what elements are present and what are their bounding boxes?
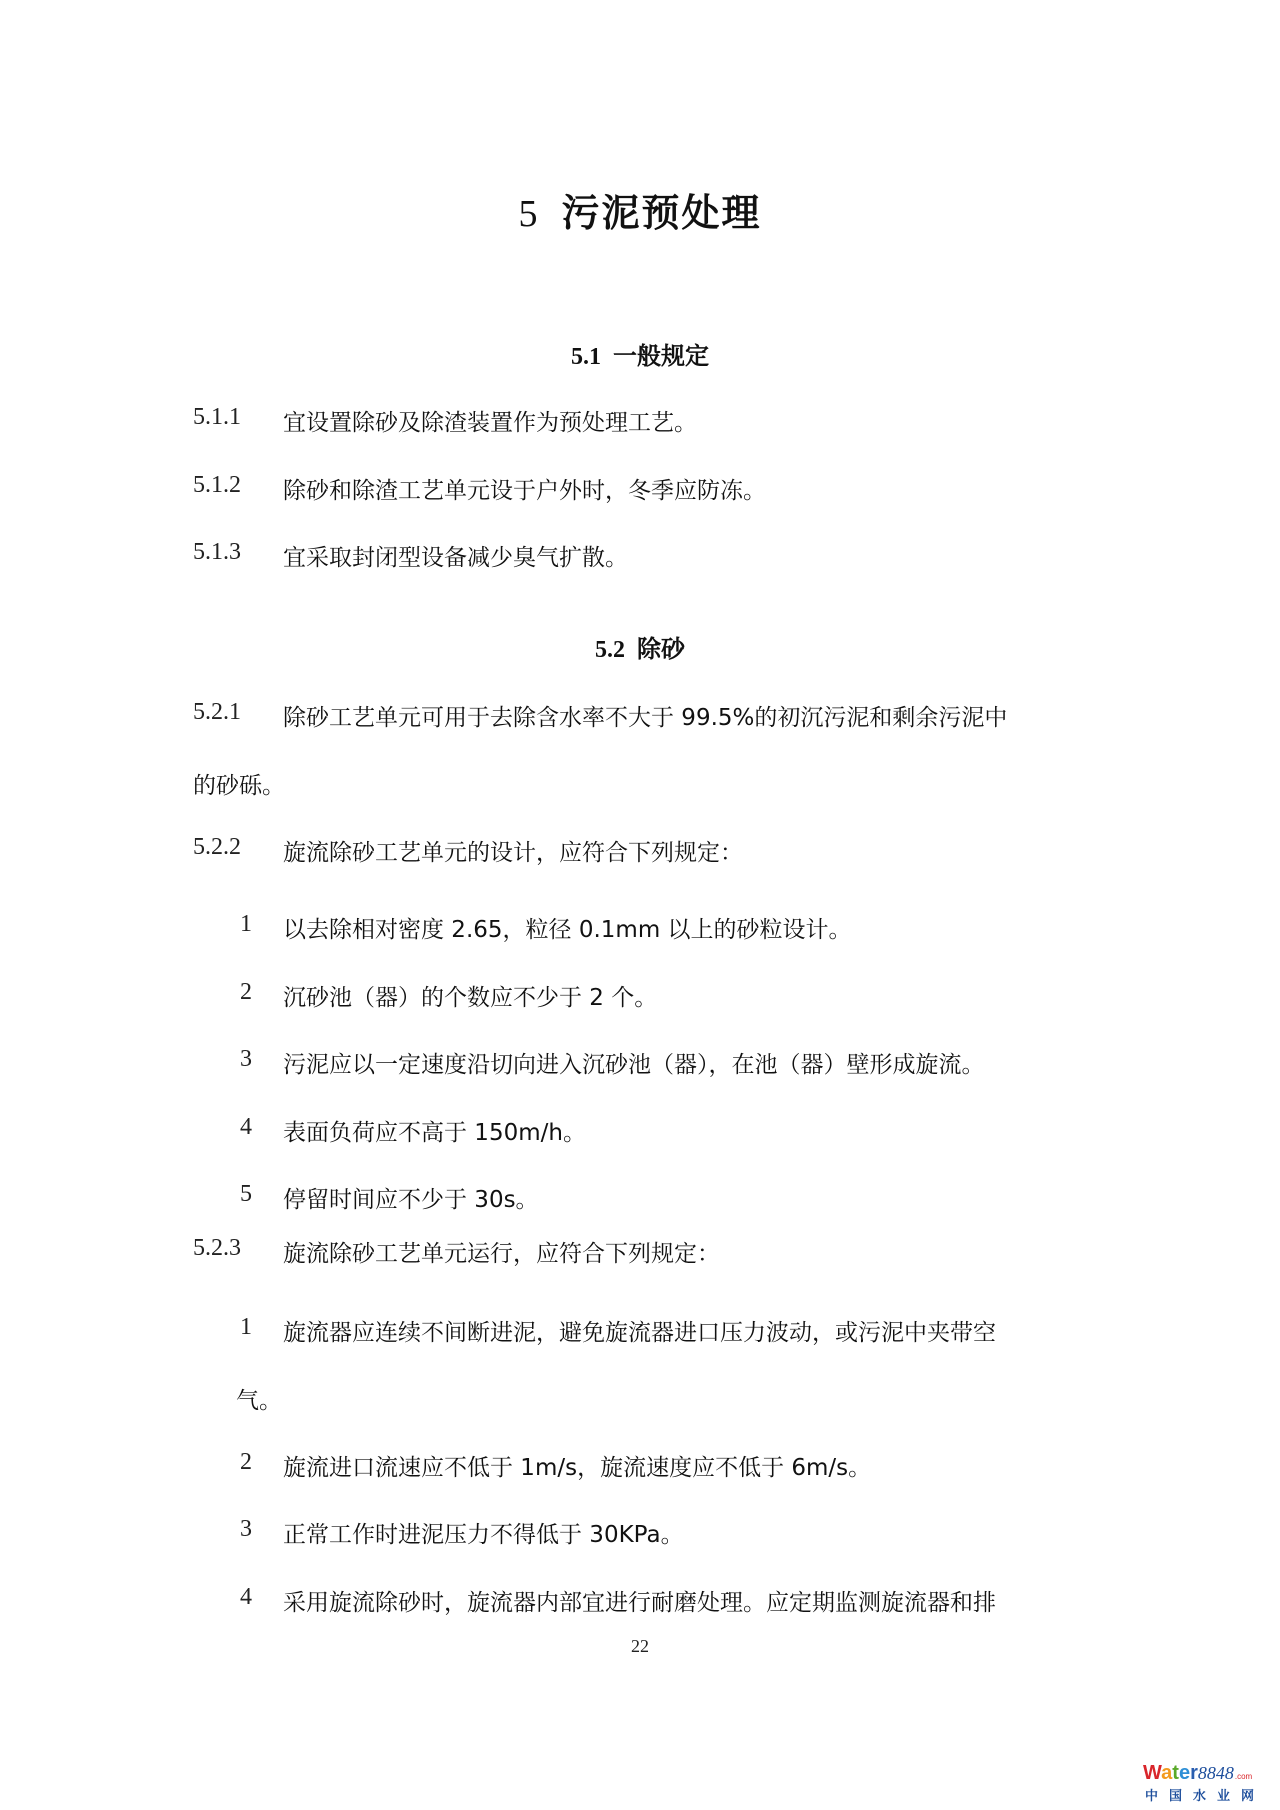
item-text: 停留时间应不少于 30s。 bbox=[283, 1181, 539, 1214]
clause-number-5-1-2: 5.1.2 bbox=[193, 472, 241, 499]
item-text-continuation: 气。 bbox=[236, 1382, 282, 1415]
item-text: 采用旋流除砂时，旋流器内部宜进行耐磨处理。应定期监测旋流器和排 bbox=[283, 1584, 996, 1617]
clause-number-5-2-3: 5.2.3 bbox=[193, 1235, 241, 1262]
brand-letter: r bbox=[1190, 1762, 1198, 1784]
item-number: 1 bbox=[240, 1314, 252, 1341]
clause-text-5-2-1-continuation: 的砂砾。 bbox=[193, 767, 285, 800]
brand-digits: 8848 bbox=[1198, 1763, 1234, 1783]
item-text: 沉砂池（器）的个数应不少于 2 个。 bbox=[283, 979, 657, 1012]
chapter-title: 5污泥预处理 bbox=[0, 182, 1280, 237]
clause-text-5-1-1: 宜设置除砂及除渣装置作为预处理工艺。 bbox=[283, 404, 697, 437]
section-title: 除砂 bbox=[637, 635, 685, 663]
item-text: 表面负荷应不高于 150m/h。 bbox=[283, 1114, 586, 1147]
section-title: 一般规定 bbox=[613, 342, 709, 370]
section-heading-5-1: 5.1一般规定 bbox=[0, 336, 1280, 371]
clause-text-5-2-3: 旋流除砂工艺单元运行，应符合下列规定： bbox=[283, 1235, 720, 1268]
brand-letter: t bbox=[1172, 1762, 1179, 1784]
item-text: 污泥应以一定速度沿切向进入沉砂池（器），在池（器）壁形成旋流。 bbox=[283, 1046, 985, 1079]
section-heading-5-2: 5.2除砂 bbox=[0, 629, 1280, 664]
item-text: 旋流进口流速应不低于 1m/s，旋流速度应不低于 6m/s。 bbox=[283, 1449, 871, 1482]
item-text: 旋流器应连续不间断进泥，避免旋流器进口压力波动，或污泥中夹带空 bbox=[283, 1314, 996, 1347]
item-number: 3 bbox=[240, 1516, 252, 1543]
item-number: 4 bbox=[240, 1584, 252, 1611]
section-number: 5.2 bbox=[595, 637, 625, 663]
clause-text-5-2-2: 旋流除砂工艺单元的设计，应符合下列规定： bbox=[283, 834, 743, 867]
clause-text-5-1-3: 宜采取封闭型设备减少臭气扩散。 bbox=[283, 539, 628, 572]
chapter-number: 5 bbox=[518, 193, 539, 235]
item-number: 4 bbox=[240, 1114, 252, 1141]
item-number: 3 bbox=[240, 1046, 252, 1073]
item-number: 5 bbox=[240, 1181, 252, 1208]
page-number: 22 bbox=[0, 1636, 1280, 1657]
chapter-title-text: 污泥预处理 bbox=[561, 191, 761, 235]
clause-number-5-1-3: 5.1.3 bbox=[193, 539, 241, 566]
clause-number-5-1-1: 5.1.1 bbox=[193, 404, 241, 431]
clause-text-5-1-2: 除砂和除渣工艺单元设于户外时，冬季应防冻。 bbox=[283, 472, 766, 505]
item-number: 2 bbox=[240, 979, 252, 1006]
item-text: 正常工作时进泥压力不得低于 30KPa。 bbox=[283, 1516, 684, 1549]
brand-letter: a bbox=[1161, 1762, 1172, 1784]
item-text: 以去除相对密度 2.65，粒径 0.1mm 以上的砂粒设计。 bbox=[283, 911, 852, 944]
document-page: 5污泥预处理 5.1一般规定 5.1.1 宜设置除砂及除渣装置作为预处理工艺。 … bbox=[0, 0, 1280, 1810]
section-number: 5.1 bbox=[571, 344, 601, 370]
item-number: 2 bbox=[240, 1449, 252, 1476]
watermark-subtitle: 中国水业网 bbox=[1145, 1785, 1265, 1804]
brand-letter: W bbox=[1143, 1762, 1161, 1784]
brand-letter: e bbox=[1179, 1762, 1190, 1784]
brand-suffix: .com bbox=[1235, 1772, 1252, 1781]
item-number: 1 bbox=[240, 911, 252, 938]
clause-number-5-2-2: 5.2.2 bbox=[193, 834, 241, 861]
clause-text-5-2-1: 除砂工艺单元可用于去除含水率不大于 99.5%的初沉污泥和剩余污泥中 bbox=[283, 699, 1007, 732]
clause-number-5-2-1: 5.2.1 bbox=[193, 699, 241, 726]
watermark-logo: Water8848.com 中国水业网 bbox=[1143, 1762, 1268, 1806]
